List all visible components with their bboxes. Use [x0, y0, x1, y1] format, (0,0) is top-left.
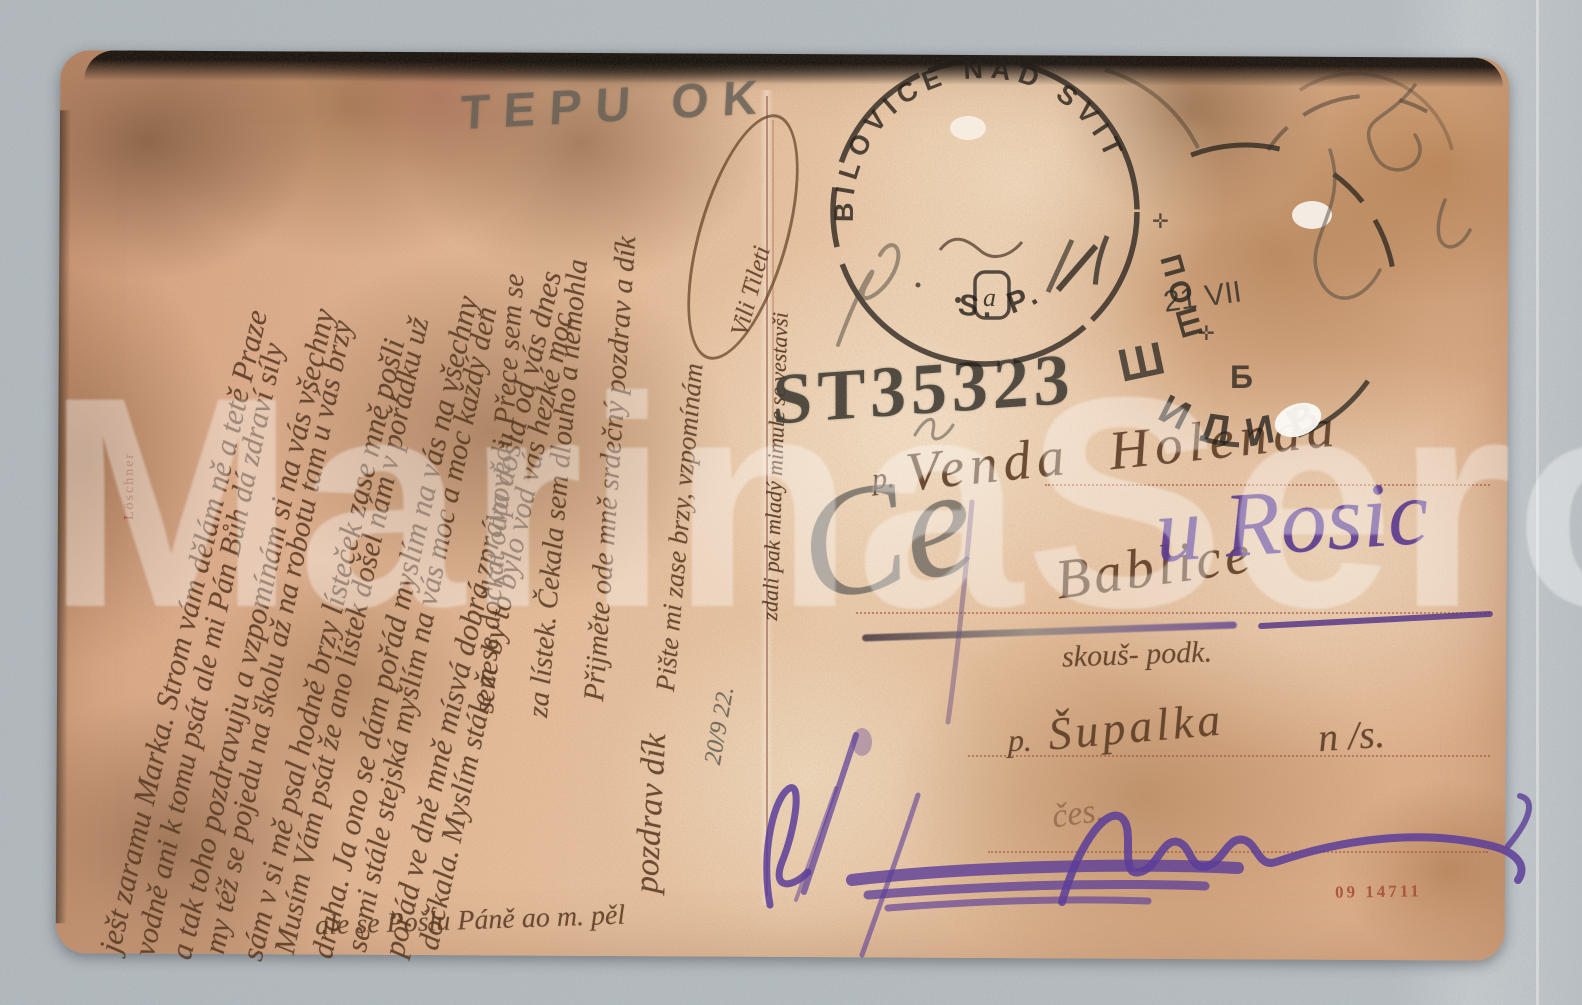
address-dotted-line-3: [968, 755, 1490, 757]
purple-correction: u Rosic: [1152, 459, 1432, 584]
address-prefix: p.: [870, 461, 896, 497]
address-dotted-line-4: [988, 851, 1488, 853]
purple-signature-tail: [1508, 796, 1529, 846]
address-small-note: skouš- podk.: [1061, 635, 1212, 674]
address-dotted-line-2: [856, 612, 1490, 614]
printer-imprint: Löschner: [122, 452, 138, 520]
printed-serial-number: 09 14711: [1335, 881, 1422, 903]
address-line3-right: n /s.: [1316, 710, 1386, 762]
address-faint-word: čes.: [1050, 792, 1107, 837]
card-left-edge-shadow: [56, 110, 71, 923]
address-line3-prefix: p.: [1008, 722, 1032, 759]
postcard-scan-scene: ješt zaramu Marka. Strom vám dělám ně a …: [0, 0, 1582, 1005]
